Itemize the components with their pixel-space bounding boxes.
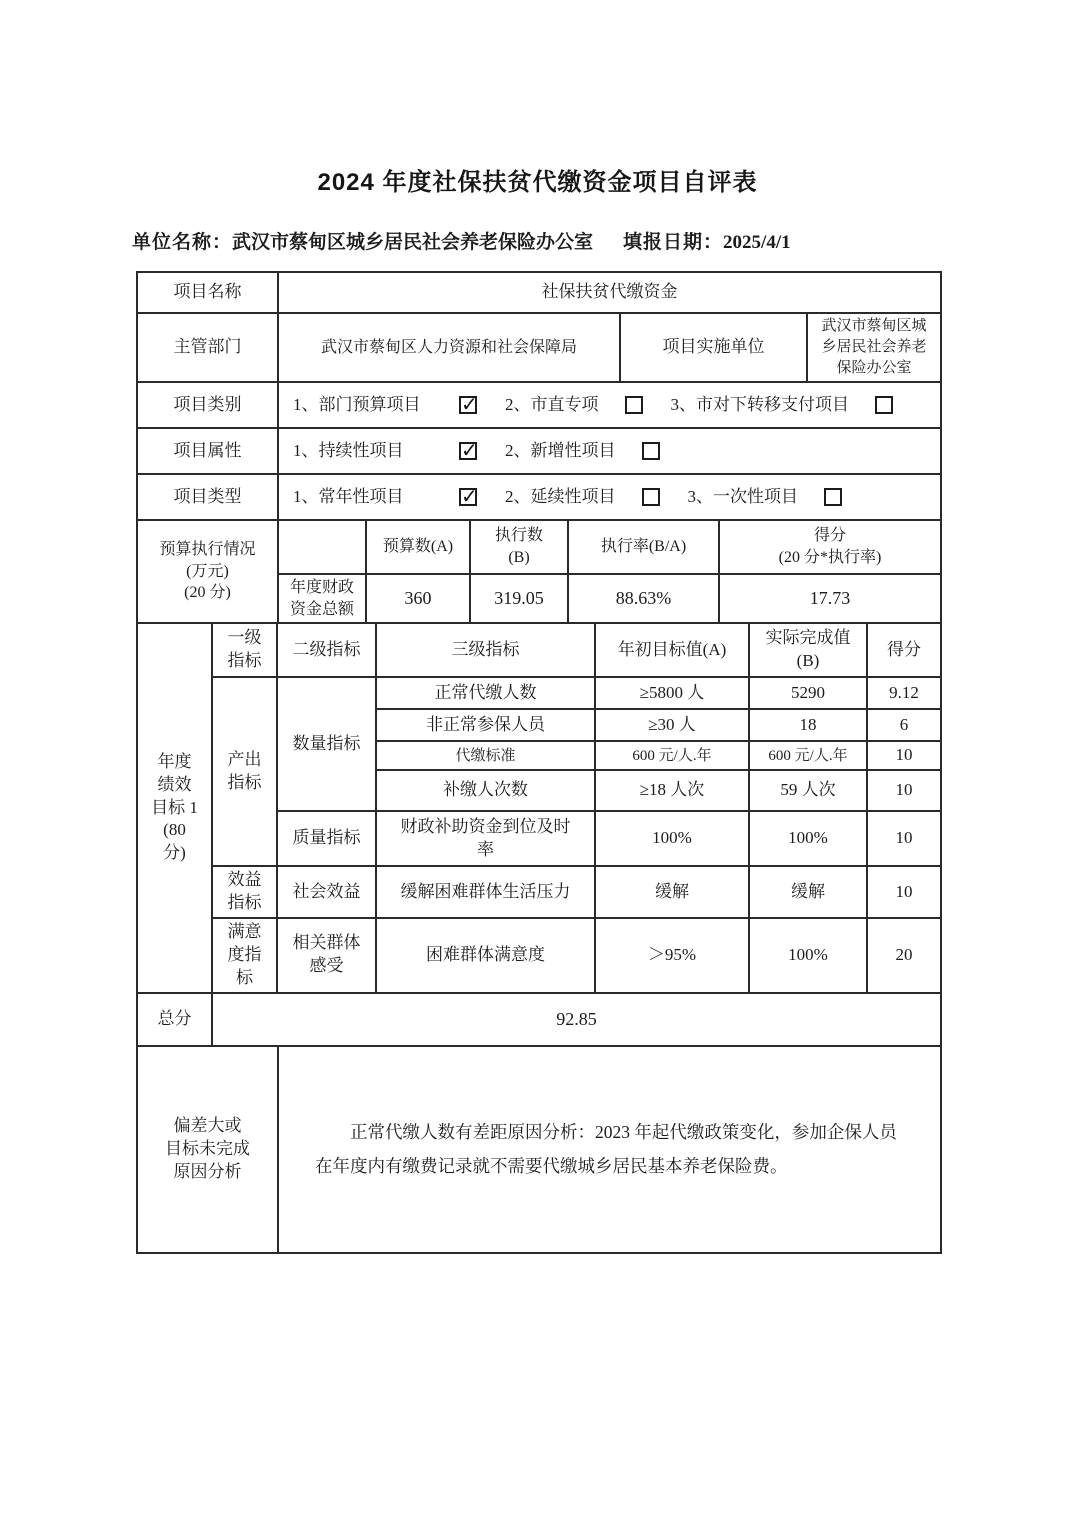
table-row: 总分 92.85 (137, 993, 941, 1046)
header-actual: 实际完成值 (B) (749, 623, 867, 677)
table-row: 年度 绩效 目标 1 (80 分) 一级 指标 二级指标 三级指标 年初目标值(… (137, 623, 941, 677)
header-level2: 二级指标 (277, 623, 376, 677)
checkbox-checked-icon (459, 442, 477, 460)
total-score-value: 92.85 (212, 993, 941, 1046)
total-score-label: 总分 (137, 993, 212, 1046)
type-label: 项目类型 (137, 474, 278, 520)
option-label: 2、市直专项 (505, 394, 599, 417)
indicator-target: ＞95% (595, 918, 749, 993)
type-option-3: 3、一次性项目 (688, 486, 843, 509)
attribute-label: 项目属性 (137, 428, 278, 474)
indicator-score: 10 (867, 741, 941, 770)
category-option-2: 2、市直专项 (505, 394, 643, 417)
impl-unit-value: 武汉市蔡甸区城乡居民社会养老保险办公室 (807, 313, 941, 382)
indicator-target: 600 元/人.年 (595, 741, 749, 770)
indicator-target: 缓解 (595, 866, 749, 918)
option-label: 3、一次性项目 (688, 486, 799, 509)
indicator-name: 正常代缴人数 (376, 677, 595, 709)
indicator-name: 困难群体满意度 (376, 918, 595, 993)
dept-label: 主管部门 (137, 313, 278, 382)
indicator-target: ≥18 人次 (595, 770, 749, 811)
table-row: 主管部门 武汉市蔡甸区人力资源和社会保障局 项目实施单位 武汉市蔡甸区城乡居民社… (137, 313, 941, 382)
indicator-actual: 100% (749, 918, 867, 993)
budget-col-header-a: 预算数(A) (366, 520, 470, 574)
performance-section: 年度 绩效 目标 1 (80 分) 一级 指标 二级指标 三级指标 年初目标值(… (136, 622, 942, 994)
table-row: 产出 指标 数量指标 正常代缴人数 ≥5800 人 5290 9.12 (137, 677, 941, 709)
indicator-name: 代缴标准 (376, 741, 595, 770)
group-quality-indicators: 质量指标 (277, 811, 376, 866)
indicator-actual: 59 人次 (749, 770, 867, 811)
checkbox-unchecked-icon (824, 488, 842, 506)
dept-value: 武汉市蔡甸区人力资源和社会保障局 (278, 313, 620, 382)
impl-unit-label: 项目实施单位 (620, 313, 807, 382)
option-label: 1、持续性项目 (293, 440, 404, 463)
deviation-text-cell: 正常代缴人数有差距原因分析：2023 年起代缴政策变化，参加企保人员在年度内有缴… (278, 1046, 941, 1253)
category-option-3: 3、市对下转移支付项目 (671, 394, 894, 417)
table-row: 满意 度指 标 相关群体 感受 困难群体满意度 ＞95% 100% 20 (137, 918, 941, 993)
indicator-name: 缓解困难群体生活压力 (376, 866, 595, 918)
attribute-options-cell: 1、持续性项目 2、新增性项目 (278, 428, 941, 474)
indicator-name: 补缴人次数 (376, 770, 595, 811)
attribute-option-2: 2、新增性项目 (505, 440, 660, 463)
table-row: 项目类型 1、常年性项目 2、延续性项目 3、一次性项目 (137, 474, 941, 520)
budget-empty-cell (278, 520, 366, 574)
total-section: 总分 92.85 (136, 992, 942, 1047)
budget-section-label: 预算执行情况 (万元) (20 分) (137, 520, 278, 623)
type-option-1: 1、常年性项目 (293, 486, 477, 509)
header-level1: 一级 指标 (212, 623, 277, 677)
project-name-value: 社保扶贫代缴资金 (278, 272, 941, 313)
table-row: 效益 指标 社会效益 缓解困难群体生活压力 缓解 缓解 10 (137, 866, 941, 918)
indicator-score: 9.12 (867, 677, 941, 709)
indicator-actual: 100% (749, 811, 867, 866)
table-row: 项目属性 1、持续性项目 2、新增性项目 (137, 428, 941, 474)
indicator-actual: 600 元/人.年 (749, 741, 867, 770)
checkbox-unchecked-icon (642, 442, 660, 460)
indicator-target: ≥30 人 (595, 709, 749, 741)
info-section: 项目名称 社保扶贫代缴资金 主管部门 武汉市蔡甸区人力资源和社会保障局 项目实施… (136, 271, 942, 521)
impl-unit-value-text: 武汉市蔡甸区城乡居民社会养老保险办公室 (820, 316, 928, 379)
group-output-indicators: 产出 指标 (212, 677, 277, 866)
form-meta-line: 单位名称：武汉市蔡甸区城乡居民社会养老保险办公室填报日期：2025/4/1 (132, 227, 942, 254)
indicator-target: 100% (595, 811, 749, 866)
indicator-name: 财政补助资金到位及时 率 (376, 811, 595, 866)
indicator-score: 20 (867, 918, 941, 993)
checkbox-checked-icon (459, 488, 477, 506)
table-row: 偏差大或 目标未完成 原因分析 正常代缴人数有差距原因分析：2023 年起代缴政… (137, 1046, 941, 1253)
header-score: 得分 (867, 623, 941, 677)
option-label: 3、市对下转移支付项目 (671, 394, 850, 417)
group-benefit-indicators: 效益 指标 (212, 866, 277, 918)
budget-value: 360 (366, 574, 470, 623)
indicator-actual: 18 (749, 709, 867, 741)
option-label: 2、延续性项目 (505, 486, 616, 509)
header-level3: 三级指标 (376, 623, 595, 677)
exec-value: 319.05 (470, 574, 568, 623)
group-satisfaction-indicators: 满意 度指 标 (212, 918, 277, 993)
budget-section: 预算执行情况 (万元) (20 分) 预算数(A) 执行数 (B) 执行率(B/… (136, 519, 942, 624)
checkbox-checked-icon (459, 396, 477, 414)
table-row: 项目类别 1、部门预算项目 2、市直专项 3、市对下转移支付项目 (137, 382, 941, 428)
category-label: 项目类别 (137, 382, 278, 428)
indicator-actual: 缓解 (749, 866, 867, 918)
header-target: 年初目标值(A) (595, 623, 749, 677)
self-evaluation-form: 2024 年度社保扶贫代缴资金项目自评表 单位名称：武汉市蔡甸区城乡居民社会养老… (0, 0, 1075, 1520)
checkbox-unchecked-icon (875, 396, 893, 414)
indicator-score: 10 (867, 811, 941, 866)
report-date-label: 填报日期： (623, 227, 723, 254)
indicator-name: 非正常参保人员 (376, 709, 595, 741)
report-date-value: 2025/4/1 (723, 232, 791, 254)
deviation-text: 正常代缴人数有差距原因分析：2023 年起代缴政策变化，参加企保人员在年度内有缴… (315, 1115, 906, 1183)
category-options-cell: 1、部门预算项目 2、市直专项 3、市对下转移支付项目 (278, 382, 941, 428)
group-related-groups: 相关群体 感受 (277, 918, 376, 993)
indicator-score: 10 (867, 866, 941, 918)
table-row: 项目名称 社保扶贫代缴资金 (137, 272, 941, 313)
category-option-1: 1、部门预算项目 (293, 394, 477, 417)
indicator-score: 10 (867, 770, 941, 811)
performance-section-label: 年度 绩效 目标 1 (80 分) (137, 623, 212, 993)
indicator-target: ≥5800 人 (595, 677, 749, 709)
unit-name-label: 单位名称： (132, 227, 232, 254)
budget-col-header-b: 执行数 (B) (470, 520, 568, 574)
type-option-2: 2、延续性项目 (505, 486, 660, 509)
form-table: 项目名称 社保扶贫代缴资金 主管部门 武汉市蔡甸区人力资源和社会保障局 项目实施… (136, 271, 940, 1254)
checkbox-unchecked-icon (625, 396, 643, 414)
option-label: 1、常年性项目 (293, 486, 404, 509)
budget-col-header-rate: 执行率(B/A) (568, 520, 719, 574)
budget-score-value: 17.73 (719, 574, 941, 623)
rate-value: 88.63% (568, 574, 719, 623)
unit-name-value: 武汉市蔡甸区城乡居民社会养老保险办公室 (232, 227, 593, 254)
deviation-label: 偏差大或 目标未完成 原因分析 (137, 1046, 278, 1253)
attribute-option-1: 1、持续性项目 (293, 440, 477, 463)
type-options-cell: 1、常年性项目 2、延续性项目 3、一次性项目 (278, 474, 941, 520)
page-title: 2024 年度社保扶贫代缴资金项目自评表 (0, 0, 1075, 197)
table-row: 预算执行情况 (万元) (20 分) 预算数(A) 执行数 (B) 执行率(B/… (137, 520, 941, 574)
checkbox-unchecked-icon (642, 488, 660, 506)
option-label: 2、新增性项目 (505, 440, 616, 463)
group-social-benefit: 社会效益 (277, 866, 376, 918)
option-label: 1、部门预算项目 (293, 394, 421, 417)
deviation-section: 偏差大或 目标未完成 原因分析 正常代缴人数有差距原因分析：2023 年起代缴政… (136, 1045, 942, 1254)
budget-row-label: 年度财政 资金总额 (278, 574, 366, 623)
project-name-label: 项目名称 (137, 272, 278, 313)
indicator-actual: 5290 (749, 677, 867, 709)
group-quantity-indicators: 数量指标 (277, 677, 376, 811)
indicator-score: 6 (867, 709, 941, 741)
budget-col-header-score: 得分 (20 分*执行率) (719, 520, 941, 574)
